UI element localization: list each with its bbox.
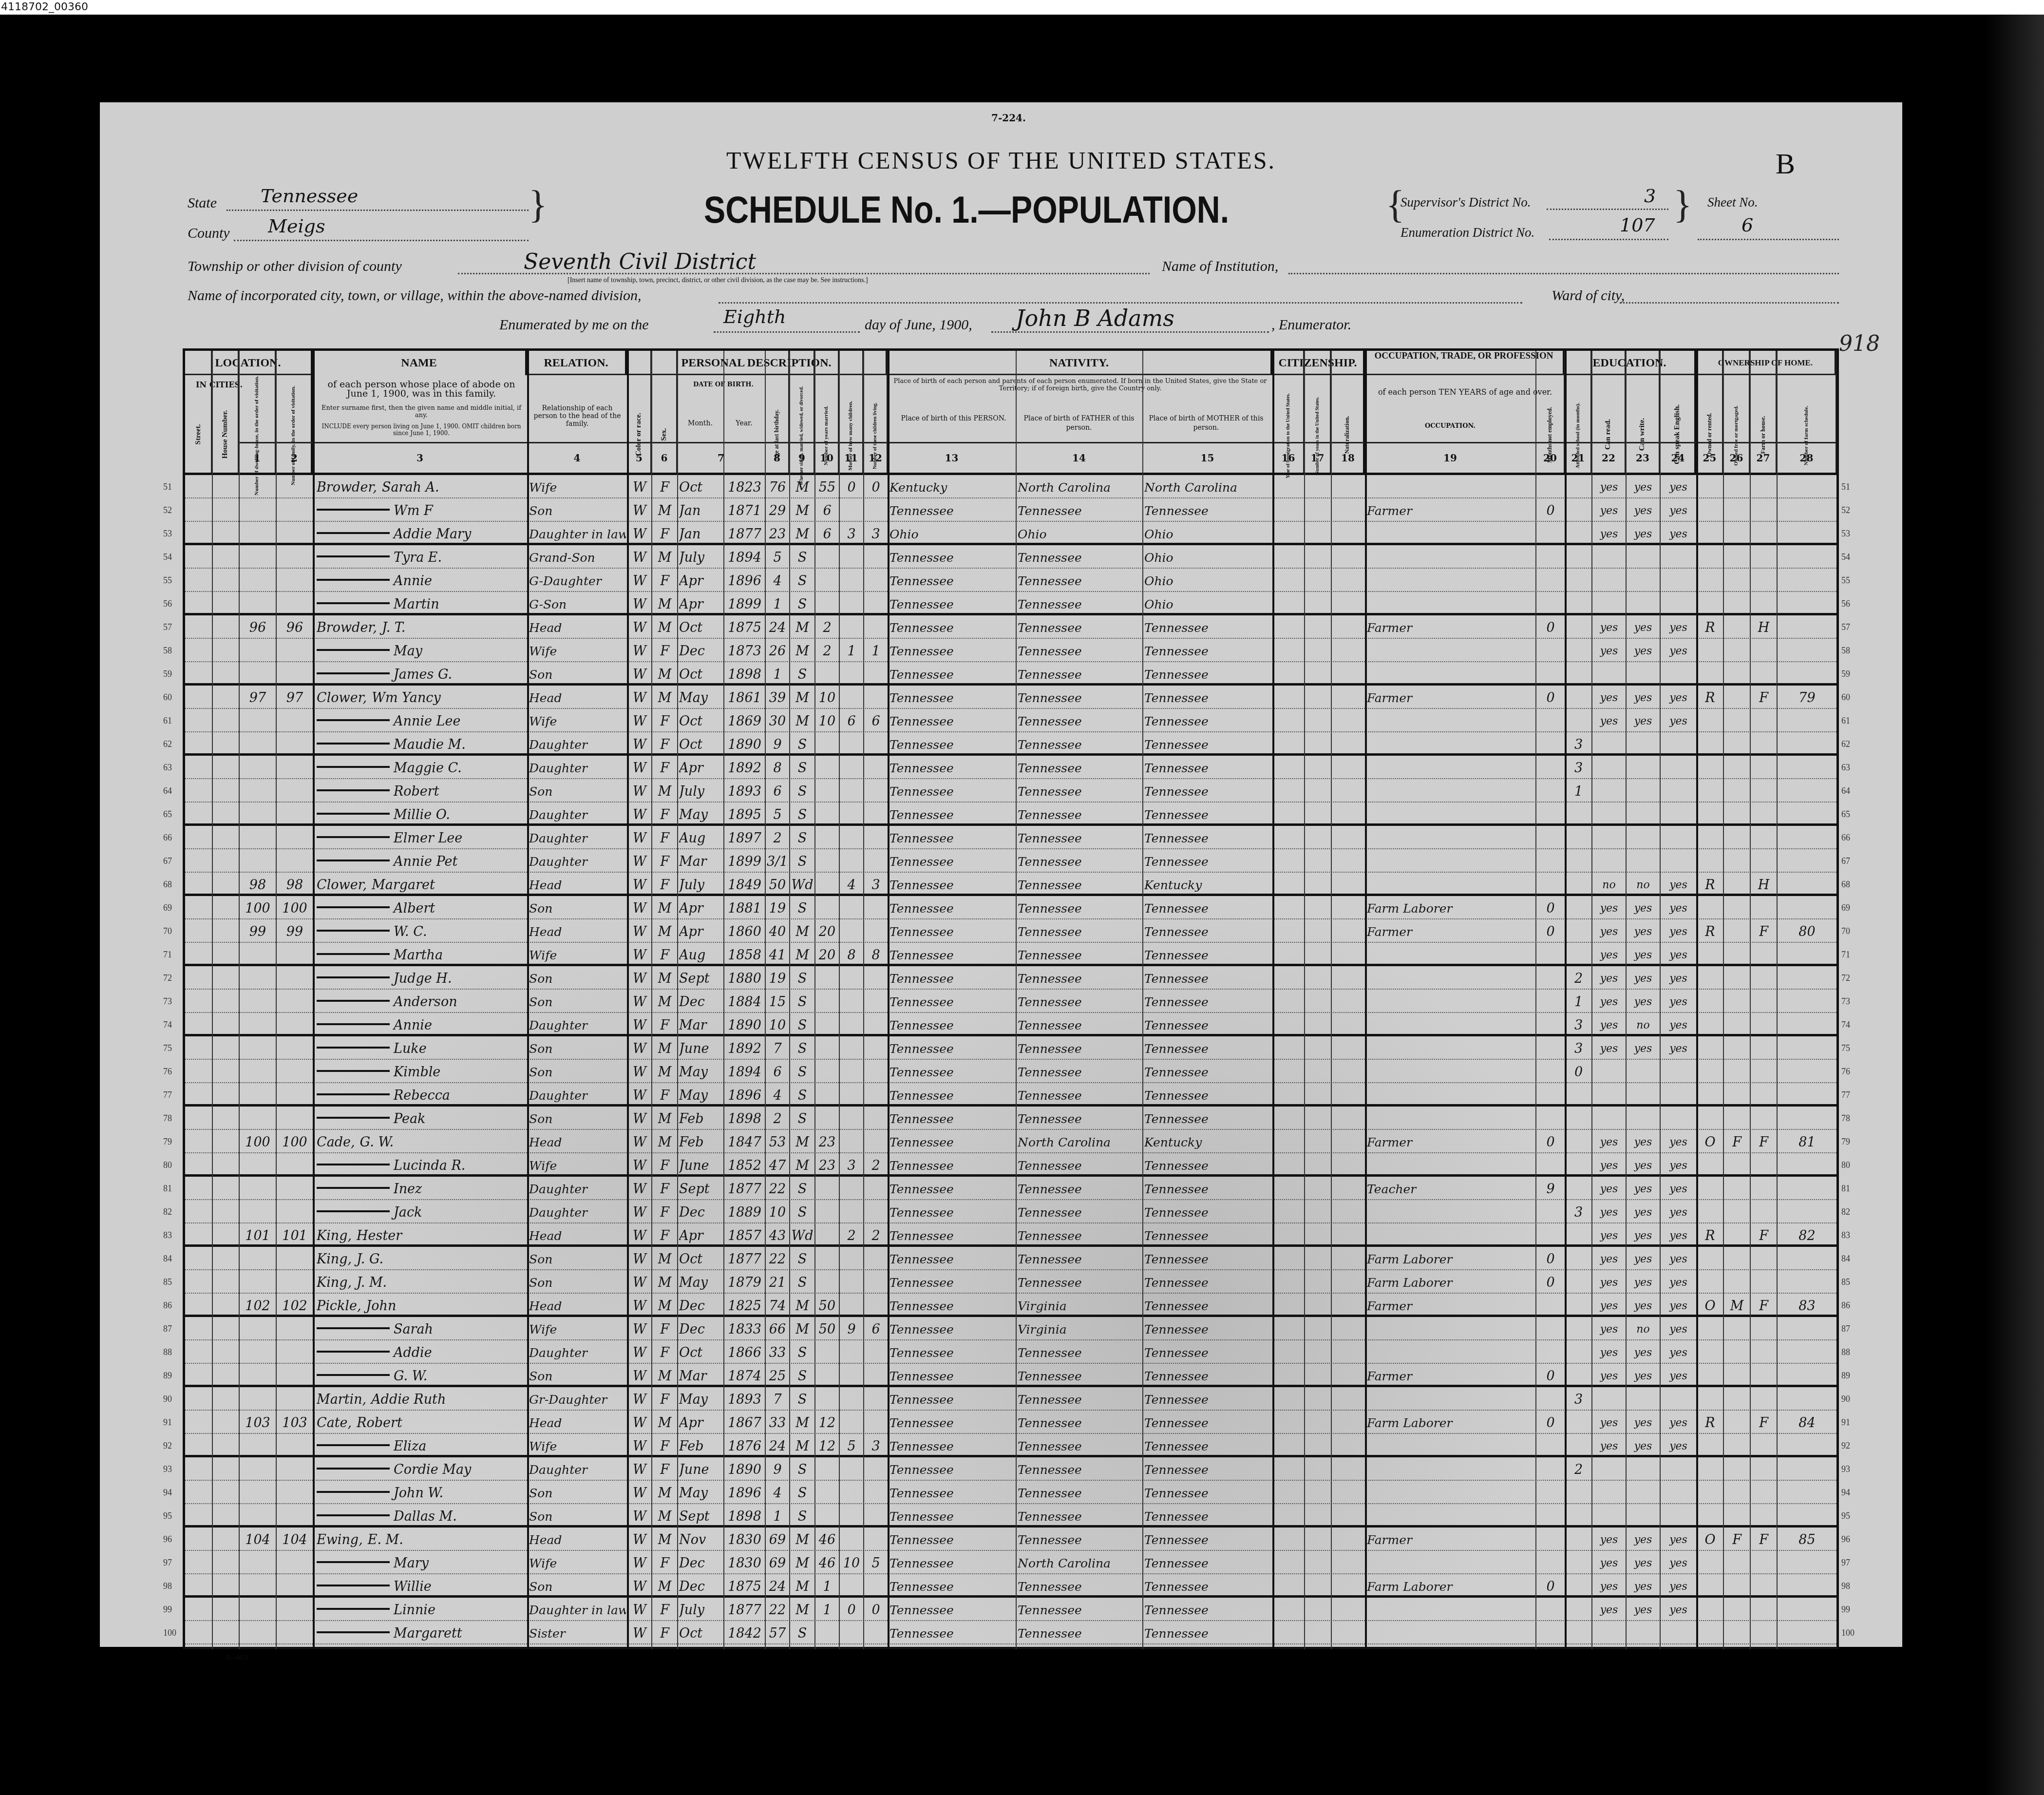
living-cell (865, 1457, 887, 1481)
line-number-left: 77 (163, 1090, 172, 1100)
family-cell (278, 756, 312, 779)
color-cell: W (629, 1317, 650, 1340)
age-cell: 22 (767, 1177, 788, 1200)
free-cell (1725, 1200, 1749, 1223)
living-cell (865, 569, 887, 592)
occupation-cell (1367, 1060, 1534, 1083)
speak-cell: yes (1662, 1294, 1695, 1317)
read-cell: yes (1593, 1270, 1625, 1294)
dwelling-cell (241, 732, 275, 756)
yrs-married-cell (816, 873, 838, 896)
father-birth-cell: Tennessee (1018, 1013, 1141, 1036)
yrs-married-cell (816, 802, 838, 826)
free-cell (1725, 1481, 1749, 1504)
name-cell: Margarett (317, 1621, 525, 1644)
dwelling-cell (241, 1177, 275, 1200)
marital-cell: M (791, 1153, 814, 1177)
yrs-married-cell: 50 (816, 1317, 838, 1340)
birth-cell: Tennessee (890, 1083, 1015, 1107)
given-name: Dallas M. (394, 1509, 457, 1524)
table-row: Tyra E.Grand-SonWMJuly18945STennesseeTen… (185, 545, 1836, 569)
sex-cell: F (653, 849, 676, 873)
line-number: 67 (1841, 856, 1850, 866)
read-cell: yes (1593, 919, 1625, 943)
read-cell: yes (1593, 686, 1625, 709)
sex-cell: F (653, 1317, 676, 1340)
speak-cell (1662, 569, 1695, 592)
unemployed-cell (1537, 943, 1564, 966)
column-rule (1272, 351, 1274, 1649)
occupation-cell (1367, 1551, 1534, 1574)
year-cell: 1858 (725, 943, 764, 966)
table-row: RebeccaDaughterWFMay18964STennesseeTenne… (185, 1083, 1836, 1107)
color-cell: W (629, 1434, 650, 1457)
line-number: 85 (1841, 1277, 1850, 1287)
month-cell: Oct (679, 662, 722, 686)
relation-cell: Wife (529, 1434, 626, 1457)
given-name: Albert (394, 901, 435, 916)
free-cell (1725, 1387, 1749, 1411)
mother-birth-cell: Tennessee (1144, 1528, 1271, 1551)
unemployed-cell: 0 (1537, 1270, 1564, 1294)
read-cell (1593, 802, 1625, 826)
family-cell (278, 1317, 312, 1340)
relation-cell: Daughter in law (529, 522, 626, 545)
marital-cell: S (791, 592, 814, 615)
father-birth-cell: Tennessee (1018, 498, 1141, 522)
unemployed-cell (1537, 709, 1564, 732)
yrs-married-cell (816, 592, 838, 615)
ditto-dash (317, 1351, 390, 1353)
free-cell (1725, 1504, 1749, 1528)
given-name: Annie Pet (394, 854, 457, 869)
line-number: 59 (1841, 669, 1850, 679)
speak-cell: yes (1662, 1177, 1695, 1200)
write-cell: yes (1628, 896, 1659, 919)
birth-cell: Tennessee (890, 1551, 1015, 1574)
sex-cell: M (653, 966, 676, 990)
family-cell (278, 802, 312, 826)
free-cell (1725, 1223, 1749, 1247)
surname: King, (317, 1275, 352, 1290)
dwelling-cell (241, 1457, 275, 1481)
column-rule (1777, 351, 1778, 1649)
read-cell: yes (1593, 1317, 1625, 1340)
living-cell (865, 1013, 887, 1036)
family-cell (278, 639, 312, 662)
yrs-married-cell (816, 1504, 838, 1528)
read-cell: no (1593, 873, 1625, 896)
write-cell: yes (1628, 1411, 1659, 1434)
sex-cell: M (653, 779, 676, 802)
relation-cell: Daughter (529, 1340, 626, 1364)
given-name: Maggie C. (394, 761, 462, 776)
free-cell (1725, 639, 1749, 662)
family-cell (278, 498, 312, 522)
free-cell (1725, 1107, 1749, 1130)
line-number: 92 (1841, 1441, 1850, 1451)
relation-cell: Daughter in law (529, 1598, 626, 1621)
farm-cell: H (1752, 873, 1776, 896)
line-number-left: 68 (163, 879, 172, 890)
father-birth-cell: Tennessee (1018, 1481, 1141, 1504)
name-cell: Inez (317, 1177, 525, 1200)
living-cell: 6 (865, 709, 887, 732)
dwelling-cell (241, 1247, 275, 1270)
mother-birth-cell: Tennessee (1144, 732, 1271, 756)
occupation-cell (1367, 1504, 1534, 1528)
farm-cell (1752, 1457, 1776, 1481)
yrs-married-cell: 23 (816, 1130, 838, 1153)
color-cell: W (629, 873, 650, 896)
farm-cell (1752, 1270, 1776, 1294)
schedule-cell (1779, 1270, 1836, 1294)
age-cell: 69 (767, 1528, 788, 1551)
dwelling-cell (241, 826, 275, 849)
unemployed-cell: 0 (1537, 498, 1564, 522)
month-cell: Apr (679, 569, 722, 592)
age-cell: 5 (767, 802, 788, 826)
yrs-married-cell: 2 (816, 639, 838, 662)
relation-cell: Head (529, 919, 626, 943)
schedule-cell (1779, 475, 1836, 498)
school-cell (1567, 1481, 1590, 1504)
father-birth-cell: Tennessee (1018, 662, 1141, 686)
birth-cell: Tennessee (890, 732, 1015, 756)
family-cell (278, 826, 312, 849)
farm-cell (1752, 966, 1776, 990)
write-cell: yes (1628, 1200, 1659, 1223)
enumeration-label: Enumeration District No. (1401, 225, 1534, 240)
table-row: W. C.9999HeadWMApr186040M20TennesseeTenn… (185, 919, 1836, 943)
mother-of-cell (841, 1200, 862, 1223)
schedule-cell (1779, 639, 1836, 662)
birth-cell: Tennessee (890, 1387, 1015, 1411)
dwelling-cell (241, 475, 275, 498)
month-cell: Oct (679, 1621, 722, 1644)
marital-cell: M (791, 1411, 814, 1434)
school-cell: 2 (1567, 1457, 1590, 1481)
ditto-dash (317, 1327, 390, 1329)
ditto-dash (317, 649, 390, 651)
mother-birth-cell: Tennessee (1144, 1107, 1271, 1130)
month-cell: Apr (679, 1411, 722, 1434)
line-number-left: 56 (163, 599, 172, 609)
year-cell: 1876 (725, 1434, 764, 1457)
father-birth-cell: Tennessee (1018, 545, 1141, 569)
age-cell: 24 (767, 1434, 788, 1457)
mother-of-cell (841, 802, 862, 826)
owned-cell (1698, 732, 1722, 756)
dwelling-cell (241, 1036, 275, 1060)
write-cell: yes (1628, 522, 1659, 545)
age-cell: 6 (767, 779, 788, 802)
father-birth-cell: Tennessee (1018, 709, 1141, 732)
free-cell (1725, 1340, 1749, 1364)
owned-cell (1698, 1036, 1722, 1060)
free-cell (1725, 1434, 1749, 1457)
given-name: Tyra E. (394, 550, 442, 565)
farm-cell (1752, 639, 1776, 662)
family-cell: 103 (278, 1411, 312, 1434)
read-cell (1593, 662, 1625, 686)
table-row: G. W.SonWMMar187425STennesseeTennesseeTe… (185, 1364, 1836, 1387)
line-number: 58 (1841, 646, 1850, 656)
group-name: NAME (313, 351, 527, 375)
read-cell: yes (1593, 1223, 1625, 1247)
sex-cell: F (653, 1434, 676, 1457)
column-number: 28 (1777, 442, 1836, 473)
family-cell: 100 (278, 896, 312, 919)
name-cell: Judge H. (317, 966, 525, 990)
schedule-cell (1779, 498, 1836, 522)
line-number: 74 (1841, 1020, 1850, 1030)
color-cell: W (629, 919, 650, 943)
table-row: MargarettSisterWFOct184257STennesseeTenn… (185, 1621, 1836, 1644)
line-number-left: 96 (163, 1534, 172, 1545)
marital-cell: M (791, 1434, 814, 1457)
given-name: Addie (394, 1345, 432, 1360)
school-cell (1567, 1130, 1590, 1153)
table-row: Elmer LeeDaughterWFAug18972STennesseeTen… (185, 826, 1836, 849)
farm-cell (1752, 1083, 1776, 1107)
age-cell: 25 (767, 1364, 788, 1387)
write-cell: yes (1628, 919, 1659, 943)
name-cell: King,J. G. (317, 1247, 525, 1270)
color-cell: W (629, 686, 650, 709)
relation-cell: Daughter (529, 802, 626, 826)
family-cell (278, 849, 312, 873)
occupation-cell (1367, 826, 1534, 849)
living-cell (865, 1387, 887, 1411)
line-number-left: 91 (163, 1417, 172, 1428)
column-number: 12 (863, 442, 888, 473)
ditto-dash (317, 1561, 390, 1563)
ditto-dash (317, 836, 390, 838)
yrs-married-cell (816, 1247, 838, 1270)
name-cell: Martin,Addie Ruth (317, 1387, 525, 1411)
father-birth-cell: Tennessee (1018, 1270, 1141, 1294)
yrs-married-cell (816, 1270, 838, 1294)
living-cell: 2 (865, 1153, 887, 1177)
schedule-cell (1779, 896, 1836, 919)
speak-cell (1662, 1060, 1695, 1083)
free-cell (1725, 943, 1749, 966)
school-cell (1567, 873, 1590, 896)
occupation-cell: Farmer (1367, 1528, 1534, 1551)
ditto-dash (317, 766, 390, 768)
family-cell (278, 475, 312, 498)
column-number: 3 (313, 442, 527, 473)
sex-cell: F (653, 1387, 676, 1411)
line-number-left: 94 (163, 1488, 172, 1498)
relation-cell: Daughter (529, 1200, 626, 1223)
mother-of-cell: 2 (841, 1223, 862, 1247)
schedule-cell (1779, 802, 1836, 826)
family-cell (278, 943, 312, 966)
owned-cell (1698, 1364, 1722, 1387)
table-row: MartinG-SonWMApr18991STennesseeTennessee… (185, 592, 1836, 615)
given-name: Rebecca (394, 1088, 450, 1103)
color-cell: W (629, 1083, 650, 1107)
write-cell: yes (1628, 1434, 1659, 1457)
table-row: AndersonSonWMDec188415STennesseeTennesse… (185, 990, 1836, 1013)
group-relation: RELATION. (527, 351, 627, 375)
age-cell: 23 (767, 522, 788, 545)
living-cell (865, 1130, 887, 1153)
father-birth-cell: Tennessee (1018, 1223, 1141, 1247)
school-cell (1567, 1411, 1590, 1434)
father-birth-cell: Tennessee (1018, 990, 1141, 1013)
ditto-dash (317, 1047, 390, 1049)
occupation-cell: Farmer (1367, 1130, 1534, 1153)
living-cell (865, 1411, 887, 1434)
schedule-cell (1779, 943, 1836, 966)
mother-birth-cell: Tennessee (1144, 756, 1271, 779)
dwelling-cell (241, 990, 275, 1013)
speak-cell: yes (1662, 1270, 1695, 1294)
given-name: Wm Yancy (372, 690, 441, 706)
occupation-cell (1367, 1107, 1534, 1130)
family-cell (278, 732, 312, 756)
father-birth-cell: Tennessee (1018, 1598, 1141, 1621)
name-cell: G. W. (317, 1364, 525, 1387)
yrs-married-cell: 10 (816, 709, 838, 732)
month-cell: Apr (679, 592, 722, 615)
relation-cell: Daughter (529, 756, 626, 779)
age-cell: 7 (767, 1387, 788, 1411)
birth-cell: Tennessee (890, 756, 1015, 779)
month-cell: Dec (679, 639, 722, 662)
family-cell: 98 (278, 873, 312, 896)
name-cell: Linnie (317, 1598, 525, 1621)
speak-cell: yes (1662, 522, 1695, 545)
farm-cell (1752, 779, 1776, 802)
sex-cell: F (653, 1083, 676, 1107)
occupation-cell (1367, 873, 1534, 896)
line-number: 76 (1841, 1067, 1850, 1077)
table-row: InezDaughterWFSept187722STennesseeTennes… (185, 1177, 1836, 1200)
mother-birth-cell: Tennessee (1144, 1411, 1271, 1434)
color-cell: W (629, 1223, 650, 1247)
write-cell: yes (1628, 1294, 1659, 1317)
marital-cell: S (791, 1083, 814, 1107)
schedule-cell: 84 (1779, 1411, 1836, 1434)
living-cell (865, 1177, 887, 1200)
surname: Clower, (317, 878, 367, 893)
line-number-left: 52 (163, 505, 172, 516)
color-cell: W (629, 1060, 650, 1083)
schedule-cell (1779, 662, 1836, 686)
color-cell: W (629, 569, 650, 592)
occupation-cell (1367, 1083, 1534, 1107)
occupation-cell (1367, 1153, 1534, 1177)
given-name: Eliza (394, 1439, 426, 1454)
month-cell: Aug (679, 943, 722, 966)
table-row: AnnieG-DaughterWFApr18964STennesseeTenne… (185, 569, 1836, 592)
yrs-married-cell (816, 1340, 838, 1364)
dwelling-cell: 103 (241, 1411, 275, 1434)
mother-of-cell (841, 990, 862, 1013)
living-cell: 0 (865, 475, 887, 498)
ditto-dash (317, 1117, 390, 1119)
unemployed-cell: 0 (1537, 896, 1564, 919)
write-cell: yes (1628, 1574, 1659, 1598)
mother-of-cell: 3 (841, 1153, 862, 1177)
farm-cell (1752, 1364, 1776, 1387)
school-cell (1567, 1621, 1590, 1644)
state-value: Tennessee (261, 185, 358, 207)
ditto-dash (317, 719, 390, 721)
owned-cell (1698, 1434, 1722, 1457)
write-cell (1628, 849, 1659, 873)
surname: Browder, (317, 480, 377, 495)
relation-cell: G-Son (529, 592, 626, 615)
age-cell: 10 (767, 1200, 788, 1223)
column-number: 16 (1272, 442, 1304, 473)
line-number-left: 82 (163, 1207, 172, 1217)
age-cell: 24 (767, 615, 788, 639)
schedule-letter: B (1776, 147, 1795, 181)
name-cell: John W. (317, 1481, 525, 1504)
ditto-dash (317, 743, 390, 745)
read-cell: yes (1593, 896, 1625, 919)
living-cell (865, 1036, 887, 1060)
free-cell (1725, 498, 1749, 522)
ditto-dash (317, 532, 390, 534)
dwelling-cell (241, 1083, 275, 1107)
mother-birth-cell: Tennessee (1144, 966, 1271, 990)
father-birth-cell: Tennessee (1018, 1340, 1141, 1364)
read-cell: yes (1593, 1200, 1625, 1223)
owned-cell: R (1698, 686, 1722, 709)
line-number-left: 73 (163, 996, 172, 1007)
given-name: Margarett (394, 1626, 462, 1641)
line-number: 69 (1841, 903, 1850, 913)
owned-cell (1698, 709, 1722, 732)
mother-birth-cell: Tennessee (1144, 686, 1271, 709)
column-rule (1535, 351, 1536, 1649)
month-cell: May (679, 686, 722, 709)
mother-birth-cell: Tennessee (1144, 1270, 1271, 1294)
farm-cell (1752, 1387, 1776, 1411)
farm-cell (1752, 1247, 1776, 1270)
birth-cell: Tennessee (890, 545, 1015, 569)
ditto-dash (317, 602, 390, 604)
yrs-married-cell (816, 1200, 838, 1223)
color-cell: W (629, 779, 650, 802)
sex-cell: F (653, 522, 676, 545)
living-cell (865, 849, 887, 873)
father-birth-cell: Tennessee (1018, 1107, 1141, 1130)
birth-cell: Tennessee (890, 802, 1015, 826)
living-cell: 3 (865, 522, 887, 545)
table-row: KimbleSonWMMay18946STennesseeTennesseeTe… (185, 1060, 1836, 1083)
ditto-dash (317, 1000, 390, 1002)
owned-cell (1698, 849, 1722, 873)
year-cell: 1899 (725, 849, 764, 873)
free-cell (1725, 849, 1749, 873)
unemployed-cell (1537, 592, 1564, 615)
marital-cell: S (791, 802, 814, 826)
marital-cell: M (791, 943, 814, 966)
dwelling-cell: 98 (241, 873, 275, 896)
mother-birth-cell: Tennessee (1144, 1060, 1271, 1083)
school-cell (1567, 802, 1590, 826)
column-rule (863, 351, 864, 1649)
speak-cell (1662, 779, 1695, 802)
month-cell: May (679, 1481, 722, 1504)
